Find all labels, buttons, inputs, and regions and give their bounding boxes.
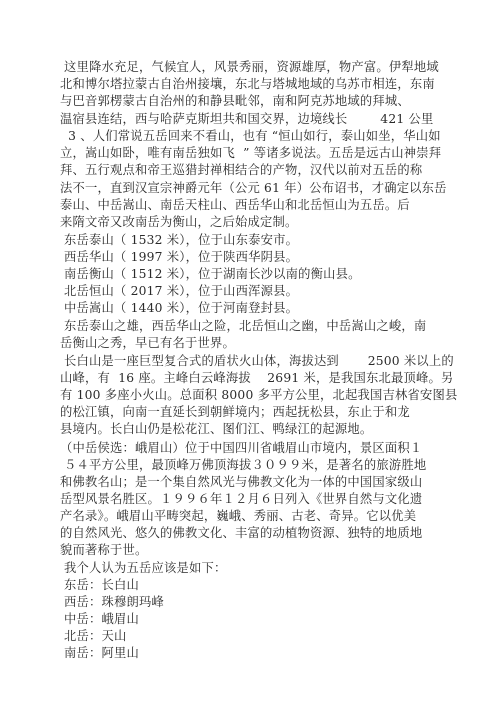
text-line: 北和博尔塔拉蒙古自治州接壤，东北与塔城地域的乌苏市相连，东南: [60, 76, 435, 92]
text-line: 北岳：天山: [64, 628, 127, 644]
text-line: 泰山、中岳嵩山、南岳天柱山、西岳华山和北岳恒山为五岳。后: [60, 197, 410, 213]
text-line: 南岳衡山（ 1512 米），位于湖南长沙以南的衡山县。: [64, 266, 361, 282]
text-line: 温宿县连结，西与哈萨克斯坦共和国交界，边境线长 421 公里: [60, 111, 433, 127]
text-line: 来隋文帝又改南岳为衡山，之后始成定制。: [60, 214, 297, 230]
text-line: 中岳嵩山（ 1440 米），位于河南登封县。: [64, 300, 298, 316]
text-line: 东岳泰山（ 1532 米），位于山东泰安市。: [64, 232, 298, 248]
text-line: 南岳：阿里山: [64, 645, 139, 661]
text-line: 岳衡山之秀，早已有名于世界。: [60, 335, 235, 351]
text-line: 中岳：峨眉山: [64, 611, 139, 627]
text-line: 的自然风光、悠久的佛教文化、丰富的动植物资源、独特的地质地: [60, 525, 422, 541]
text-line: 西岳：珠穆朗玛峰: [64, 594, 164, 610]
text-line: 我个人认为五岳应该是如下：: [64, 560, 226, 576]
text-line: ５４平方公里，最顶峰万佛顶海拔３０９９米，是著名的旅游胜地: [64, 457, 426, 473]
text-line: 长白山是一座巨型复合式的盾状火山体，海拔达到 2500 米以上的: [64, 353, 454, 369]
text-line: 貌而著称于世。: [60, 542, 147, 558]
text-line: 东岳：长白山: [64, 577, 139, 593]
text-line: 的松江镇，向南一直延长到朝鲜境内；西起抚松县，东止于和龙: [60, 404, 410, 420]
text-line: 山峰，有 16 座。主峰白云峰海拔 2691 米，是我国东北最顶峰。另: [60, 370, 453, 386]
text-line: 与巴音郭楞蒙古自治州的和静县毗邻，南和阿克苏地域的拜城、: [60, 93, 410, 109]
text-line: （中岳侯选：峨眉山）位于中国四川省峨眉山市境内，景区面积１: [60, 440, 422, 456]
document-page: 这里降水充足，气候宜人，风景秀丽，资源雄厚，物产富。伊犁地域北和博尔塔拉蒙古自治…: [0, 0, 500, 708]
text-line: 这里降水充足，气候宜人，风景秀丽，资源雄厚，物产富。伊犁地域: [64, 59, 439, 75]
text-line: 县境内。长白山仍是松花江、图们江、鸭绿江的起源地。: [60, 421, 372, 437]
text-line: 立，嵩山如卧，唯有南岳独如飞 ” 等诸多说法。五岳是远古山神崇拜: [60, 145, 441, 161]
text-line: 3 、人们常说五岳回来不看山，也有 “恒山如行，泰山如坐，华山如: [64, 128, 441, 144]
text-line: 岳型风景名胜区。１９９６年１２月６日列入《世界自然与文化遗: [60, 491, 422, 507]
text-line: 法不一，直到汉宣宗神爵元年（公元 61 年）公布诏书，才确定以东岳: [60, 180, 447, 196]
text-line: 产名录》。峨眉山平畴突起，巍峨、秀丽、古老、奇异。它以优美: [60, 508, 416, 524]
text-line: 北岳恒山（ 2017 米），位于山西浑源县。: [64, 283, 298, 299]
text-line: 西岳华山（ 1997 米），位于陕西华阴县。: [64, 249, 298, 265]
text-line: 东岳泰山之雄，西岳华山之险，北岳恒山之幽，中岳嵩山之峻，南: [64, 318, 426, 334]
text-line: 有 100 多座小火山。总面积 8000 多平方公里，北起我国吉林省安图县: [60, 387, 458, 403]
text-line: 和佛教名山；是一个集自然风光与佛教文化为一体的中国国家级山: [60, 474, 422, 490]
text-line: 拜、五行观点和帝王巡猎封禅相结合的产物，汉代以前对五岳的称: [60, 162, 422, 178]
